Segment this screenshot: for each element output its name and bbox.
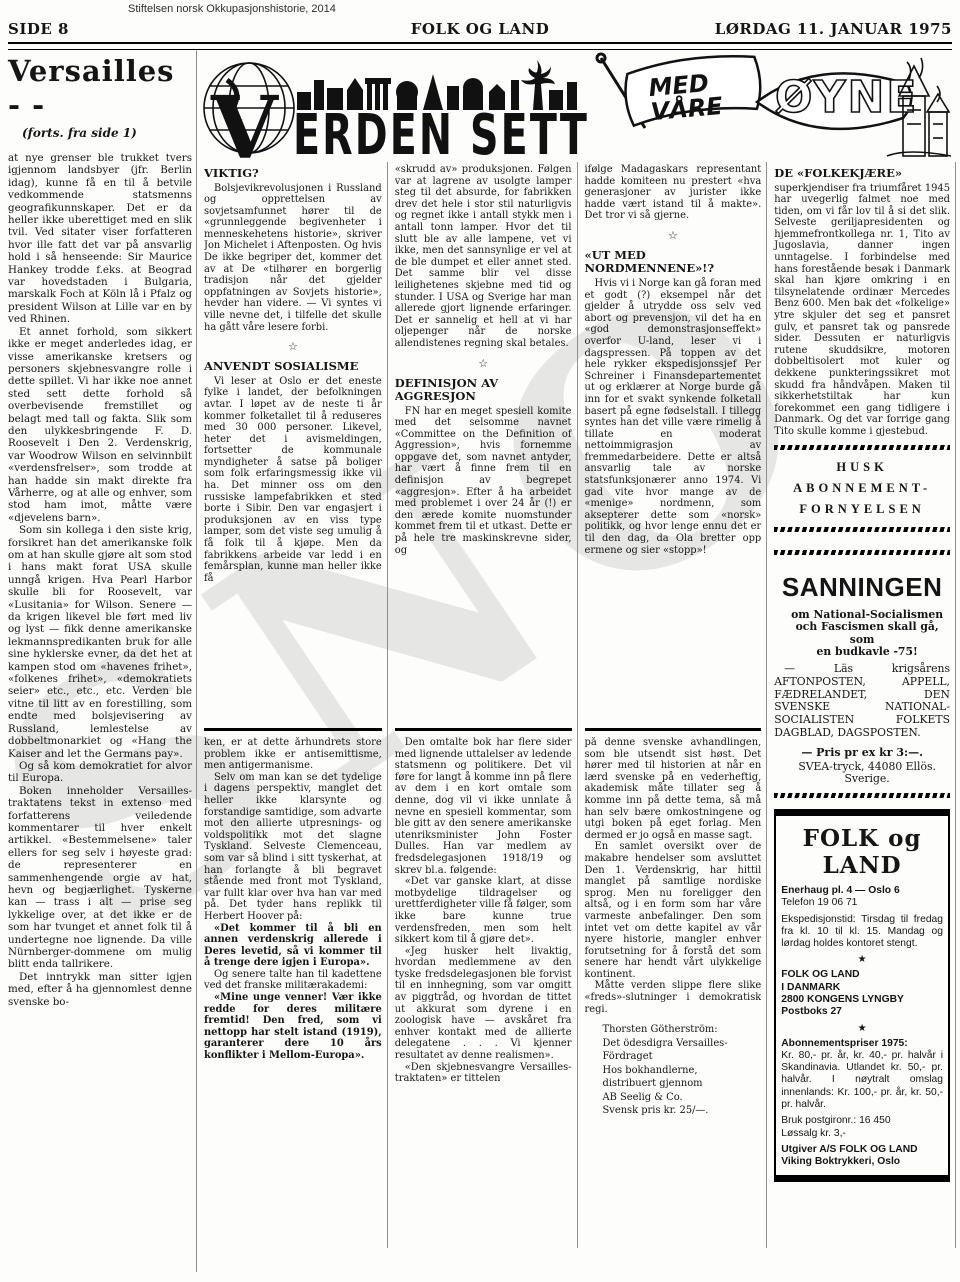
article-body: at nye grenser ble trukket tvers igjenno… (8, 152, 192, 1008)
definisjon-continuation: ifølge Madagaskars representant hadde ko… (585, 164, 762, 222)
star-icon: ★ (781, 954, 943, 965)
section-heading-viktig: VIKTIG? (204, 167, 382, 181)
paragraph: HUSK (774, 457, 950, 478)
infobox-hours: Ekspedisjonstid: Tirsdag til fredag fra … (781, 914, 943, 951)
sanningen-printer: SVEA-tryck, 44080 Ellös.Sverige. (774, 761, 950, 786)
star-divider: ☆ (395, 357, 572, 370)
infobox-phone: Telefon 19 06 71 (781, 897, 943, 909)
infobox-loose-price: Løssalg kr. 3,- (781, 1128, 943, 1140)
anvendt-continuation: «skrudd av» produksjonen. Følgen var at … (395, 164, 572, 350)
paragraph: AB Seelig & Co. (603, 1091, 762, 1105)
infobox-printer: Viking Boktrykkeri, Oslo (781, 1156, 943, 1168)
sanningen-body: — Läs krigsårens AFTONPOSTEN, APPELL, FÆ… (774, 663, 950, 740)
anvendt-body: Vi leser at Oslo er det eneste fylke i l… (204, 376, 382, 585)
col4-versailles-continued: på denne svenske avhandlingen, som ble u… (585, 737, 762, 1248)
logo-letter-v: V (210, 78, 279, 162)
section-rule (395, 728, 572, 731)
paragraph: på denne svenske avhandlingen, som ble u… (585, 737, 762, 841)
col4-paragraphs: på denne svenske avhandlingen, som ble u… (585, 737, 762, 1015)
wavy-rule (774, 527, 950, 532)
paragraph: «Mine unge venner! Vær ikke redde for de… (204, 992, 382, 1062)
paragraph: Hvis vi i Norge kan gå foran med et godt… (585, 278, 762, 556)
wavy-rule (774, 550, 950, 555)
paragraph: Et annet forhold, som sikkert ikke er me… (8, 326, 192, 525)
col2-med-vare-oyne: VIKTIG? Bolsjevikrevolusjonen i Russland… (204, 164, 382, 725)
paragraph: Boken inneholder Versailles-traktatens t… (8, 785, 192, 971)
star-divider: ☆ (585, 229, 762, 242)
section-heading-definisjon: DEFINISJON AV AGGRESJON (395, 377, 572, 404)
paragraph: — Läs krigsårens AFTONPOSTEN, APPELL, FÆ… (774, 663, 950, 740)
paragraph: En samlet oversikt over de makabre hende… (585, 841, 762, 980)
verden-sett-masthead: V ERDEN SETT MED VÅRE ØYNE (197, 50, 956, 162)
sanningen-price: — Pris pr ex kr 3:—. (774, 746, 950, 759)
med-vare-flag: MED VÅRE (623, 53, 763, 128)
infobox-publisher: Utgiver A/S FOLK OG LAND (781, 1144, 943, 1156)
paragraph: Og så kom demokratiet for alvor til Euro… (8, 760, 192, 785)
paragraph: Den omtalte bok har flere sider med lign… (395, 737, 572, 876)
article-subtitle: (forts. fra side 1) (22, 126, 192, 140)
column-versailles: Versailles - - (forts. fra side 1) at ny… (8, 54, 192, 1008)
sanningen-title: SANNINGEN (774, 572, 950, 603)
column-5: DE «FOLKEKJÆRE» superkjendiser fra trium… (766, 162, 956, 1248)
newspaper-page: Stiftelsen norsk Okkupasjonshistorie, 20… (0, 0, 960, 1282)
paragraph: Thorsten Götherström: (603, 1023, 762, 1037)
husk-abonnement-notice: HUSKABONNEMENT-FORNYELSEN (774, 457, 950, 520)
column-4: ifølge Madagaskars representant hadde ko… (577, 162, 767, 1248)
folkekjaere-body: superkjendiser fra triumfåret 1945 har u… (774, 183, 950, 438)
article-title: Versailles - - (8, 54, 192, 122)
logo-word-erden-sett: ERDEN SETT (293, 103, 589, 162)
infobox-dk-name: FOLK OG LAND (781, 969, 943, 981)
infobox-address: Enerhaug pl. 4 — Oslo 6 (781, 885, 943, 897)
section-rule (585, 728, 762, 731)
masthead-illustration: V ERDEN SETT MED VÅRE ØYNE (197, 50, 954, 162)
paragraph: en budkavle -75! (774, 646, 950, 659)
column-3: «skrudd av» produksjonen. Følgen var at … (387, 162, 577, 1248)
infobox-title: FOLK og LAND (781, 825, 943, 879)
oyne-eye: ØYNE (757, 72, 918, 129)
paragraph: Det inntrykk man sitter igjen med, efter… (8, 971, 192, 1008)
infobox-abo-body: Kr. 80,- pr. år, kr. 40,- pr. halvår i S… (781, 1050, 943, 1111)
paragraph: Sverige. (774, 773, 950, 786)
paragraph: Fördraget (603, 1050, 762, 1064)
star-divider: ☆ (204, 340, 382, 353)
header-rule (8, 42, 952, 50)
paragraph: «Det var ganske klart, at disse motbydel… (395, 876, 572, 946)
paragraph: Måtte verden slippe flere slike «freds»-… (585, 980, 762, 1015)
paragraph: «Den skjebnesvangre Versailles-traktaten… (395, 1062, 572, 1085)
viktig-body: Bolsjevikrevolusjonen i Russland og oppr… (204, 183, 382, 334)
section-heading-ut-med: «UT MED NORDMENNENE»!? (585, 249, 762, 276)
col3-versailles-continued: Den omtalte bok har flere sider med lign… (395, 737, 572, 1248)
col3-med-vare-oyne: «skrudd av» produksjonen. Følgen var at … (395, 164, 572, 725)
infobox-giro: Bruk postgironr.: 16 450 (781, 1115, 943, 1127)
paragraph: Hos bokhandlerne, (603, 1064, 762, 1078)
paragraph: Bolsjevikrevolusjonen i Russland og oppr… (204, 183, 382, 334)
sanningen-ad: SANNINGEN om National-Socialismenoch Fas… (774, 562, 950, 786)
infobox-dk-postbox: Postboks 27 (781, 1006, 943, 1018)
page-number: SIDE 8 (8, 20, 69, 38)
paragraph: ABONNEMENT- (774, 478, 950, 499)
section-heading-anvendt: ANVENDT SOSIALISME (204, 360, 382, 374)
paragraph: Svensk pris kr. 25/—. (603, 1104, 762, 1118)
paragraph: Som sin kollega i den siste krig, forsik… (8, 524, 192, 760)
wavy-rule (774, 445, 950, 450)
paragraph: Selv om man kan se det tydelige i dagens… (204, 772, 382, 923)
folk-og-land-infobox: FOLK og LAND Enerhaug pl. 4 — Oslo 6 Tel… (774, 809, 950, 1182)
paragraph: at nye grenser ble trukket tvers igjenno… (8, 152, 192, 326)
paragraph: ken, er at dette århundrets store proble… (204, 737, 382, 772)
columns-2-5: VIKTIG? Bolsjevikrevolusjonen i Russland… (197, 162, 956, 1248)
page-header: FOLK OG LAND SIDE 8 LØRDAG 11. JANUAR 19… (8, 20, 952, 38)
paragraph: Vi leser at Oslo er det eneste fylke i l… (204, 376, 382, 585)
right-area: V ERDEN SETT MED VÅRE ØYNE (196, 50, 956, 1272)
paragraph: FN har en meget spesiell komite med det … (395, 406, 572, 557)
ut-med-body: Hvis vi i Norge kan gå foran med et godt… (585, 278, 762, 556)
col2-versailles-continued: ken, er at dette århundrets store proble… (204, 737, 382, 1248)
svg-text:ØYNE: ØYNE (775, 72, 918, 123)
sanningen-subtitle: om National-Socialismenoch Fascismen ska… (774, 609, 950, 659)
issue-date: LØRDAG 11. JANUAR 1975 (715, 20, 952, 38)
paragraph: Det ödesdigra Versailles- (603, 1037, 762, 1051)
scan-credit: Stiftelsen norsk Okkupasjonshistorie, 20… (128, 3, 336, 15)
paragraph: superkjendiser fra triumfåret 1945 har u… (774, 183, 950, 438)
paragraph: Og senere talte han til kadettene ved de… (204, 969, 382, 992)
star-icon: ★ (781, 1023, 943, 1034)
infobox-dk-city: 2800 KONGENS LYNGBY (781, 994, 943, 1006)
wavy-rule (774, 793, 950, 798)
paragraph: och Fascismen skall gå, som (774, 621, 950, 646)
infobox-dk-name2: I DANMARK (781, 982, 943, 994)
definisjon-body: FN har en meget spesiell komite med det … (395, 406, 572, 557)
section-heading-folkekjaere: DE «FOLKEKJÆRE» (774, 167, 950, 181)
infobox-abo-heading: Abonnementspriser 1975: (781, 1038, 943, 1050)
paragraph: distribuert gjennom (603, 1077, 762, 1091)
paragraph: «skrudd av» produksjonen. Følgen var at … (395, 164, 572, 350)
section-rule (204, 728, 382, 731)
book-reference: Thorsten Götherström:Det ödesdigra Versa… (603, 1023, 762, 1118)
paragraph: «Jeg husker helt livaktig, hvordan medle… (395, 946, 572, 1062)
paragraph: FORNYELSEN (774, 499, 950, 520)
paragraph: «Det kommer til å bli en annen verdenskr… (204, 923, 382, 969)
column-2: VIKTIG? Bolsjevikrevolusjonen i Russland… (197, 162, 387, 1248)
col4-med-vare-oyne: ifølge Madagaskars representant hadde ko… (585, 164, 762, 725)
paragraph: ifølge Madagaskars representant hadde ko… (585, 164, 762, 222)
